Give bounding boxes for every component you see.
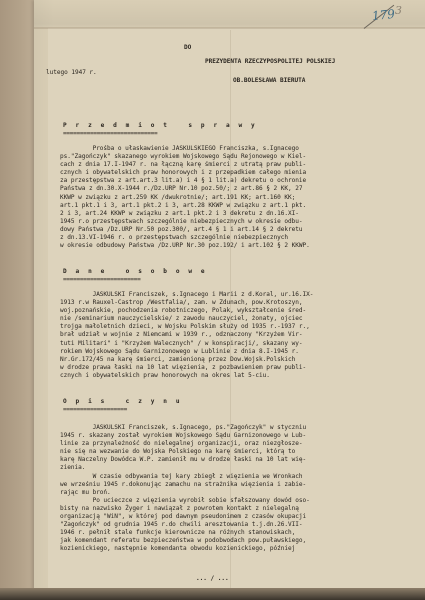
body-line: "Zagończyk" od grudnia 1945 r.do chwili … <box>60 521 420 529</box>
body-line: trojga małoletnich dzieci, w Wojsku Pols… <box>60 323 420 331</box>
section-underline: =================== <box>63 406 127 414</box>
addressee-line-1: DO <box>184 44 191 52</box>
body-line: nie /seminarium nauczycielskie/ z zawodu… <box>60 315 420 323</box>
body-line: karę Naczelny Dowódca W.P. zamienił mu w… <box>60 456 420 464</box>
document-date: lutego 1947 r. <box>46 69 97 77</box>
body-line: kozienickiego, następnie komendanta obwo… <box>60 545 420 553</box>
body-line: Nr.Gr.172/45 na karę śmierci, zamienioną… <box>60 356 420 364</box>
body-line: 1945 r.o przestępstwach szczególnie nieb… <box>60 218 420 226</box>
body-line: Prośba o ułaskawienie JASKULSKIEGO Franc… <box>60 145 420 153</box>
body-line: zienia. <box>60 464 420 472</box>
section-heading-subject: P r z e d m i o t s p r a w y <box>63 122 257 130</box>
addressee-line-3: OB.BOLESŁAWA BIERUTA <box>233 77 305 85</box>
body-line: art.1 pkt.1 i 3, art.1 pkt.2 i 3, art.28… <box>60 202 420 210</box>
folio-pencil-number: 3 <box>395 4 402 17</box>
body-line: w okresie odbudowy Państwa /Dz.URP Nr.30… <box>60 242 420 250</box>
body-line: brał udział w wojnie z Niemcami w 1939 r… <box>60 331 420 339</box>
addressee-line-2: PREZYDENTA RZECZYPOSPOLITEJ POLSKIEJ <box>205 58 335 66</box>
body-line: JASKULSKI Franciszek, s.Ignacego, ps."Za… <box>60 424 420 432</box>
section-underline: ======================= <box>63 276 140 284</box>
body-line: 1913 r.w Rauxel-Castrop /Westfalia/, zam… <box>60 299 420 307</box>
body-line: we wrześniu 1945 r.dokonując zamachu na … <box>60 481 420 489</box>
body-line: 2 i 3, art.24 KKWP w związku z art.1 pkt… <box>60 210 420 218</box>
body-line: dowy Państwa /Dz.URP Nr.50 poz.300/, art… <box>60 226 420 234</box>
section-heading-act-description: O p i s c z y n u <box>63 398 182 406</box>
body-line: ps."Zagończyk" skazanego wyrokiem Wojsko… <box>60 153 420 161</box>
body-line: bisty na nazwisko Żyger i nawiązał z pow… <box>60 505 420 513</box>
body-line: tuti Militari" i "Krzyżem Walecznych" / … <box>60 340 420 348</box>
scan-bottom-edge <box>0 588 425 600</box>
body-line: JASKULSKI Franciszek, s.Ignacego i Marii… <box>60 291 420 299</box>
document-left-margin <box>0 0 36 600</box>
section-body-subject: Prośba o ułaskawienie JASKULSKIEGO Franc… <box>60 145 420 250</box>
body-line: rokiem Wojskowego Sądu Garnizonowego w L… <box>60 348 420 356</box>
section-body-act-description: JASKULSKI Franciszek, s.Ignacego, ps."Za… <box>60 424 420 554</box>
body-line: woj.poznańskie, pochodzenia robotniczego… <box>60 307 420 315</box>
body-line: cznych i obywatelskich praw honorowych n… <box>60 372 420 380</box>
body-line: Państwa z dn.30.X-1944 r./Dz.URP Nr.10 p… <box>60 185 420 193</box>
body-line: w drodze prawa łaski na 10 lat więzienia… <box>60 364 420 372</box>
body-line: rając mu broń. <box>60 489 420 497</box>
body-line: z dn.13.VI-1946 r. o przestępstwach szcz… <box>60 234 420 242</box>
body-line: KKWP w związku z art.259 KK /dwukrotnie/… <box>60 194 420 202</box>
folio-number: 179 <box>371 7 395 23</box>
body-line: W czasie odbywania tej kary zbiegł z wię… <box>60 473 420 481</box>
body-line: organizacją "WiN", w której pod dawnym p… <box>60 513 420 521</box>
body-line: Po ucieczce z więzienia wyrobił sobie sf… <box>60 497 420 505</box>
body-line: cznych i obywatelskich praw honorowych i… <box>60 169 420 177</box>
body-line: cach z dnia 17.I-1947 r. na łączną karę … <box>60 161 420 169</box>
section-underline: ============================ <box>63 130 157 138</box>
section-body-personal-data: JASKULSKI Franciszek, s.Ignacego i Marii… <box>60 291 420 380</box>
body-line: 1945 r. skazany został wyrokiem Wojskowe… <box>60 432 420 440</box>
continuation-mark: ... / ... <box>196 575 229 583</box>
section-heading-personal-data: D a n e o s o b o w e <box>63 268 207 276</box>
